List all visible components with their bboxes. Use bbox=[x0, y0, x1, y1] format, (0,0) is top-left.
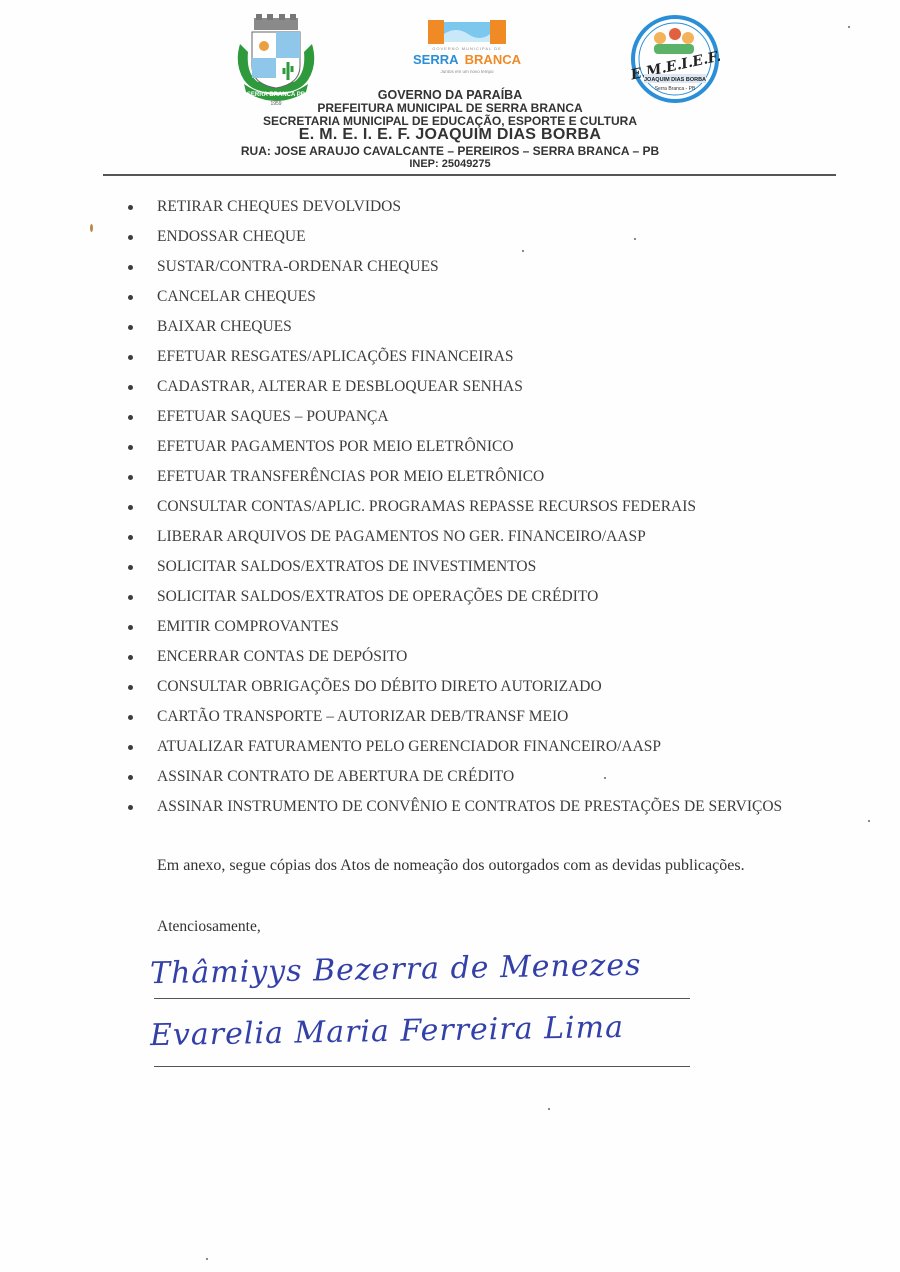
list-item-text: EFETUAR PAGAMENTOS POR MEIO ELETRÔNICO bbox=[157, 436, 514, 458]
header-address: RUA: JOSE ARAUJO CAVALCANTE – PEREIROS –… bbox=[0, 144, 900, 158]
list-item-text: CADASTRAR, ALTERAR E DESBLOQUEAR SENHAS bbox=[157, 376, 523, 398]
list-item-text: CONSULTAR CONTAS/APLIC. PROGRAMAS REPASS… bbox=[157, 496, 696, 518]
list-item: CANCELAR CHEQUES bbox=[0, 286, 900, 316]
list-item: ENDOSSAR CHEQUE bbox=[0, 226, 900, 256]
list-item-text: ASSINAR CONTRATO DE ABERTURA DE CRÉDITO bbox=[157, 766, 514, 788]
list-item: SOLICITAR SALDOS/EXTRATOS DE INVESTIMENT… bbox=[0, 556, 900, 586]
city-logo-caption: GOVERNO MUNICIPAL DE bbox=[432, 46, 502, 51]
list-item: EMITIR COMPROVANTES bbox=[0, 616, 900, 646]
list-item-text: ENDOSSAR CHEQUE bbox=[157, 226, 306, 248]
list-item: CADASTRAR, ALTERAR E DESBLOQUEAR SENHAS bbox=[0, 376, 900, 406]
bullet-icon bbox=[128, 295, 133, 300]
list-item-text: ASSINAR INSTRUMENTO DE CONVÊNIO E CONTRA… bbox=[157, 796, 782, 818]
bullet-icon bbox=[128, 355, 133, 360]
signature-line-2 bbox=[154, 1066, 690, 1067]
list-item-text: BAIXAR CHEQUES bbox=[157, 316, 292, 338]
scan-speck bbox=[206, 1258, 208, 1260]
bullet-icon bbox=[128, 655, 133, 660]
permissions-list: RETIRAR CHEQUES DEVOLVIDOSENDOSSAR CHEQU… bbox=[0, 196, 900, 826]
bullet-icon bbox=[128, 805, 133, 810]
list-item: SUSTAR/CONTRA-ORDENAR CHEQUES bbox=[0, 256, 900, 286]
signature-line-1 bbox=[154, 998, 690, 999]
signature-2: Evarelia Maria Ferreira Lima bbox=[150, 1010, 625, 1053]
list-item-text: EFETUAR TRANSFERÊNCIAS POR MEIO ELETRÔNI… bbox=[157, 466, 544, 488]
bullet-icon bbox=[128, 685, 133, 690]
header-inep: INEP: 25049275 bbox=[0, 158, 900, 170]
list-item-text: CANCELAR CHEQUES bbox=[157, 286, 316, 308]
scan-speck bbox=[90, 224, 93, 232]
list-item-text: ATUALIZAR FATURAMENTO PELO GERENCIADOR F… bbox=[157, 736, 661, 758]
list-item-text: SUSTAR/CONTRA-ORDENAR CHEQUES bbox=[157, 256, 439, 278]
bullet-icon bbox=[128, 505, 133, 510]
list-item-text: CARTÃO TRANSPORTE – AUTORIZAR DEB/TRANSF… bbox=[157, 706, 568, 728]
svg-text:SERRA BRANCA: SERRA BRANCA bbox=[413, 52, 522, 67]
annex-note: Em anexo, segue cópias dos Atos de nomea… bbox=[157, 857, 745, 875]
list-item-text: ENCERRAR CONTAS DE DEPÓSITO bbox=[157, 646, 407, 668]
list-item: CONSULTAR CONTAS/APLIC. PROGRAMAS REPASS… bbox=[0, 496, 900, 526]
scan-speck bbox=[848, 26, 850, 28]
school-seal-name: JOAQUIM DIAS BORBA bbox=[644, 77, 706, 83]
bullet-icon bbox=[128, 595, 133, 600]
scan-speck bbox=[522, 250, 524, 252]
list-item: CARTÃO TRANSPORTE – AUTORIZAR DEB/TRANSF… bbox=[0, 706, 900, 736]
list-item-text: LIBERAR ARQUIVOS DE PAGAMENTOS NO GER. F… bbox=[157, 526, 646, 548]
list-item: LIBERAR ARQUIVOS DE PAGAMENTOS NO GER. F… bbox=[0, 526, 900, 556]
city-logo-slogan: Juntos em um novo tempo bbox=[440, 69, 494, 74]
list-item: RETIRAR CHEQUES DEVOLVIDOS bbox=[0, 196, 900, 226]
bullet-icon bbox=[128, 235, 133, 240]
list-item: EFETUAR SAQUES – POUPANÇA bbox=[0, 406, 900, 436]
header-divider bbox=[103, 174, 836, 176]
list-item-text: RETIRAR CHEQUES DEVOLVIDOS bbox=[157, 196, 401, 218]
bullet-icon bbox=[128, 715, 133, 720]
list-item-text: EFETUAR SAQUES – POUPANÇA bbox=[157, 406, 389, 428]
bullet-icon bbox=[128, 415, 133, 420]
scan-speck bbox=[868, 820, 870, 822]
signature-1: Thâmiyys Bezerra de Menezes bbox=[150, 948, 642, 992]
list-item: ASSINAR CONTRATO DE ABERTURA DE CRÉDITO bbox=[0, 766, 900, 796]
list-item-text: SOLICITAR SALDOS/EXTRATOS DE INVESTIMENT… bbox=[157, 556, 536, 578]
list-item: EFETUAR RESGATES/APLICAÇÕES FINANCEIRAS bbox=[0, 346, 900, 376]
city-logo-name-1: SERRA bbox=[413, 52, 459, 67]
bullet-icon bbox=[128, 265, 133, 270]
list-item: ASSINAR INSTRUMENTO DE CONVÊNIO E CONTRA… bbox=[0, 796, 900, 826]
list-item-text: CONSULTAR OBRIGAÇÕES DO DÉBITO DIRETO AU… bbox=[157, 676, 602, 698]
list-item: ENCERRAR CONTAS DE DEPÓSITO bbox=[0, 646, 900, 676]
bullet-icon bbox=[128, 565, 133, 570]
bullet-icon bbox=[128, 445, 133, 450]
list-item-text: EFETUAR RESGATES/APLICAÇÕES FINANCEIRAS bbox=[157, 346, 514, 368]
list-item: EFETUAR TRANSFERÊNCIAS POR MEIO ELETRÔNI… bbox=[0, 466, 900, 496]
list-item-text: EMITIR COMPROVANTES bbox=[157, 616, 339, 638]
scan-speck bbox=[634, 238, 636, 240]
scan-speck bbox=[548, 1108, 550, 1110]
list-item: EFETUAR PAGAMENTOS POR MEIO ELETRÔNICO bbox=[0, 436, 900, 466]
list-item-text: SOLICITAR SALDOS/EXTRATOS DE OPERAÇÕES D… bbox=[157, 586, 598, 608]
closing-text: Atenciosamente, bbox=[157, 918, 261, 936]
city-government-logo-icon: GOVERNO MUNICIPAL DE SERRA BRANCA Juntos… bbox=[412, 18, 522, 78]
bullet-icon bbox=[128, 325, 133, 330]
scan-speck bbox=[604, 777, 606, 779]
header-state-government: GOVERNO DA PARAÍBA bbox=[0, 88, 900, 102]
list-item: BAIXAR CHEQUES bbox=[0, 316, 900, 346]
bullet-icon bbox=[128, 625, 133, 630]
document-page: SERRA BRANCA PB 1959 GOVERNO MUNICIPAL D… bbox=[0, 0, 900, 1272]
header-school-name: E. M. E. I. E. F. JOAQUIM DIAS BORBA bbox=[0, 126, 900, 144]
bullet-icon bbox=[128, 475, 133, 480]
bullet-icon bbox=[128, 775, 133, 780]
bullet-icon bbox=[128, 745, 133, 750]
city-logo-name-2: BRANCA bbox=[465, 52, 522, 67]
bullet-icon bbox=[128, 385, 133, 390]
bullet-icon bbox=[128, 535, 133, 540]
list-item: ATUALIZAR FATURAMENTO PELO GERENCIADOR F… bbox=[0, 736, 900, 766]
list-item: CONSULTAR OBRIGAÇÕES DO DÉBITO DIRETO AU… bbox=[0, 676, 900, 706]
header-city-hall: PREFEITURA MUNICIPAL DE SERRA BRANCA bbox=[0, 101, 900, 115]
list-item: SOLICITAR SALDOS/EXTRATOS DE OPERAÇÕES D… bbox=[0, 586, 900, 616]
bullet-icon bbox=[128, 205, 133, 210]
